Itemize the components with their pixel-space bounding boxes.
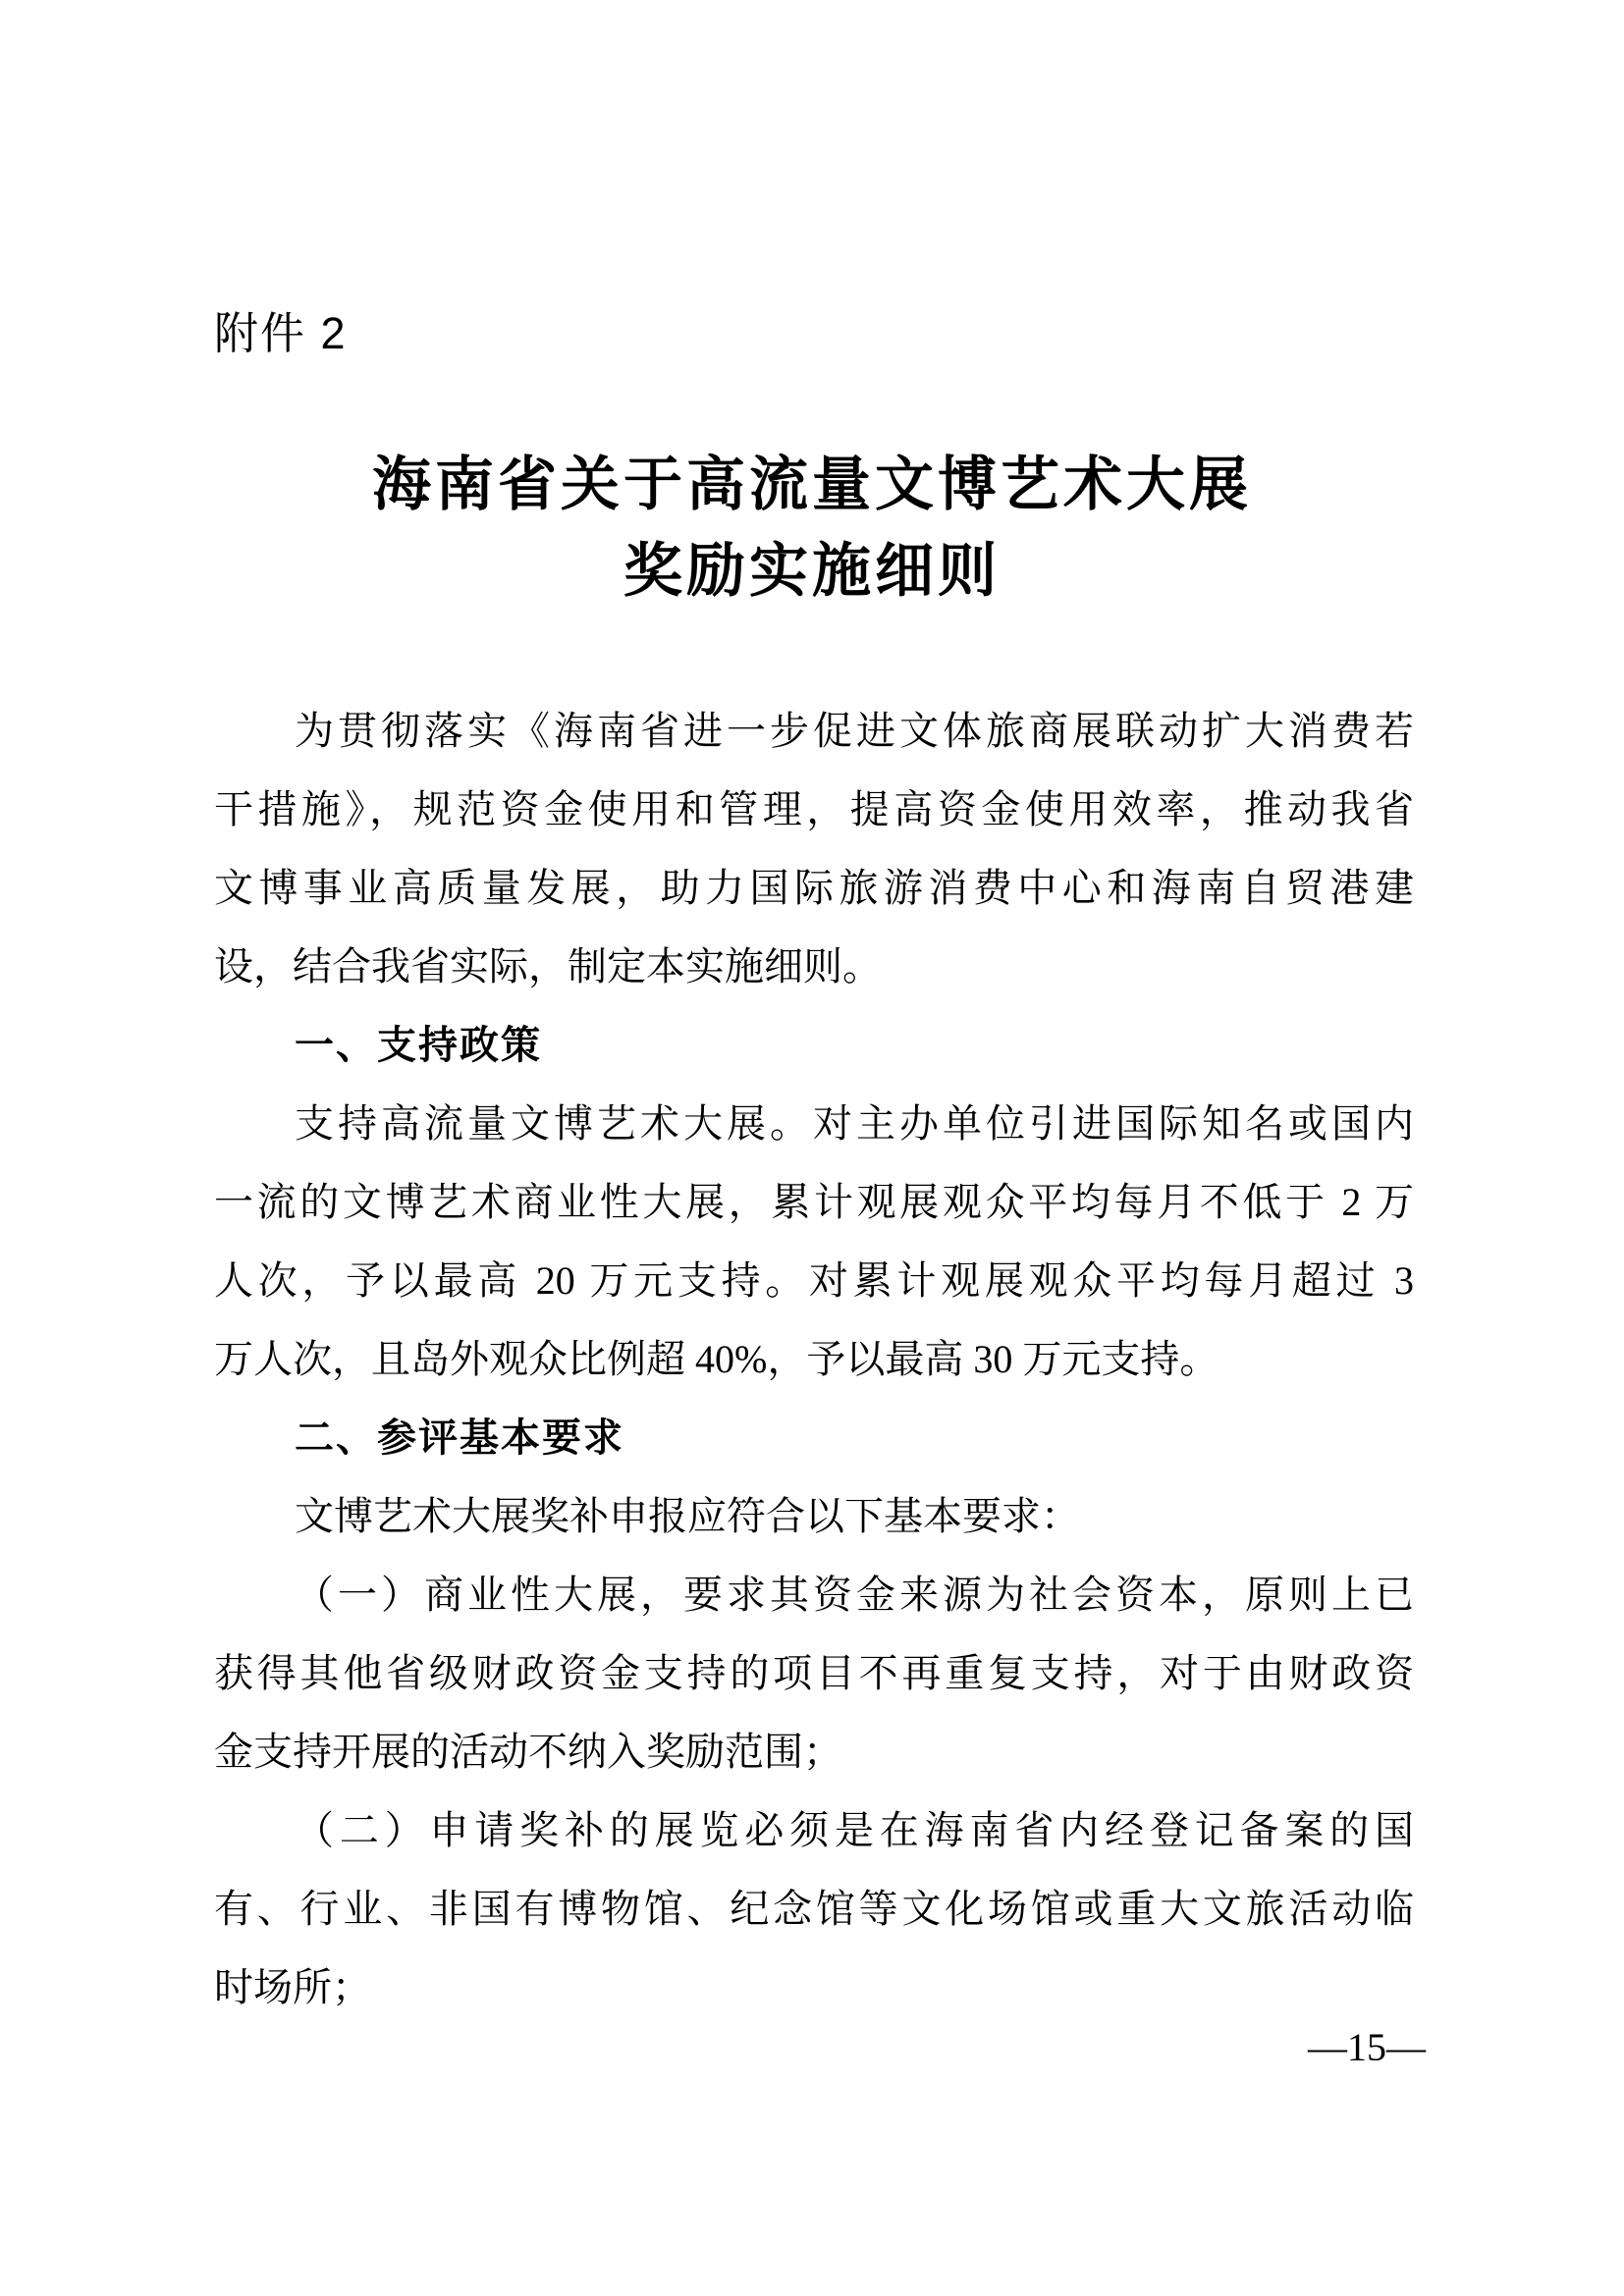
body-line: 干措施》，规范资金使用和管理，提高资金使用效率，推动我省: [214, 771, 1414, 849]
section-heading: 一、支持政策: [214, 1006, 1414, 1085]
document-body: 为贯彻落实《海南省进一步促进文体旅商展联动扩大消费若干措施》，规范资金使用和管理…: [214, 692, 1414, 2027]
body-line: 文博艺术大展奖补申报应符合以下基本要求：: [214, 1477, 1414, 1556]
body-line: 设，结合我省实际，制定本实施细则。: [214, 928, 1414, 1006]
title-line-1: 海南省关于高流量文博艺术大展: [0, 442, 1624, 528]
document-title: 海南省关于高流量文博艺术大展 奖励实施细则: [0, 442, 1624, 614]
body-line: 获得其他省级财政资金支持的项目不再重复支持，对于由财政资: [214, 1634, 1414, 1713]
body-line: （二）申请奖补的展览必须是在海南省内经登记备案的国: [214, 1791, 1414, 1870]
document-page: 附件 2 海南省关于高流量文博艺术大展 奖励实施细则 为贯彻落实《海南省进一步促…: [0, 0, 1624, 2296]
body-line: （一）商业性大展，要求其资金来源为社会资本，原则上已: [214, 1556, 1414, 1634]
body-line: 人次，予以最高 20 万元支持。对累计观展观众平均每月超过 3: [214, 1242, 1414, 1320]
attachment-label: 附件 2: [214, 308, 348, 359]
body-line: 万人次，且岛外观众比例超 40%，予以最高 30 万元支持。: [214, 1320, 1414, 1399]
section-heading: 二、参评基本要求: [214, 1399, 1414, 1477]
body-line: 为贯彻落实《海南省进一步促进文体旅商展联动扩大消费若: [214, 692, 1414, 771]
body-line: 一流的文博艺术商业性大展，累计观展观众平均每月不低于 2 万: [214, 1163, 1414, 1242]
body-line: 有、行业、非国有博物馆、纪念馆等文化场馆或重大文旅活动临: [214, 1870, 1414, 1949]
body-line: 时场所；: [214, 1949, 1414, 2027]
body-line: 文博事业高质量发展，助力国际旅游消费中心和海南自贸港建: [214, 849, 1414, 928]
body-line: 支持高流量文博艺术大展。对主办单位引进国际知名或国内: [214, 1085, 1414, 1163]
page-number: —15—: [1308, 2024, 1426, 2071]
body-line: 金支持开展的活动不纳入奖励范围；: [214, 1713, 1414, 1791]
title-line-2: 奖励实施细则: [0, 528, 1624, 614]
